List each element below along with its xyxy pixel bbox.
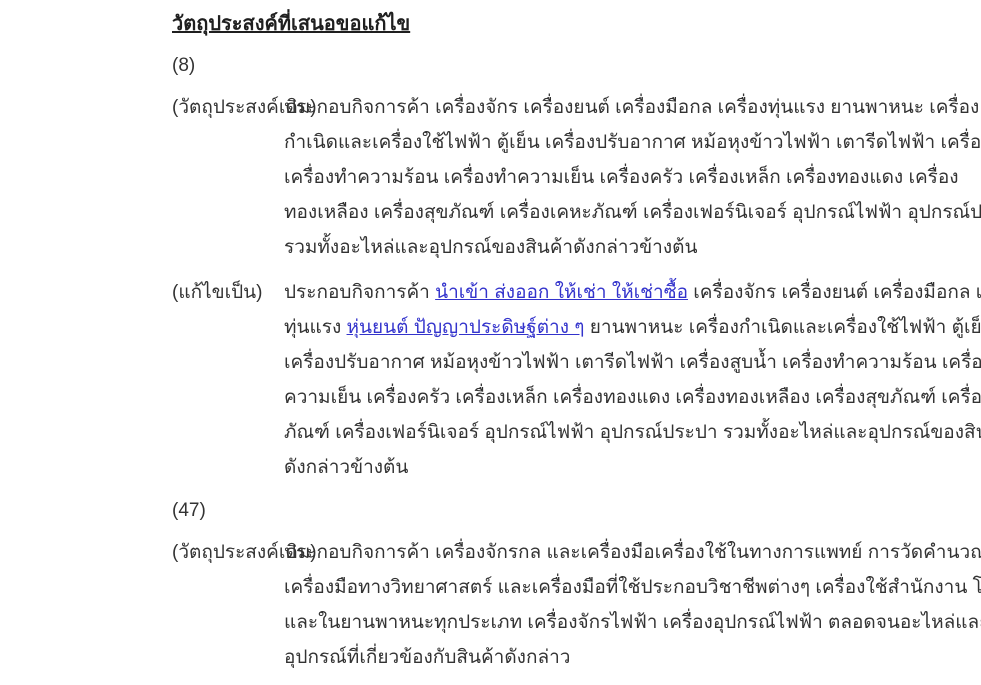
text-segment: รวมทั้งอะไหล่และอุปกรณ์ของสินค้าดังกล่าว… bbox=[284, 237, 697, 258]
text-segment: กำเนิดและเครื่องใช้ไฟฟ้า ตู้เย็น เครื่อง… bbox=[284, 132, 981, 153]
objective-block: (แก้ไขเป็น)ประกอบกิจการค้า นำเข้า ส่งออก… bbox=[172, 275, 951, 485]
text-line: ทองเหลือง เครื่องสุขภัณฑ์ เครื่องเคหะภัณ… bbox=[284, 195, 981, 230]
text-line: ประกอบกิจการค้า เครื่องจักร เครื่องยนต์ … bbox=[284, 90, 981, 125]
block-label: (วัตถุประสงค์เดิม) bbox=[172, 535, 284, 570]
text-line: ดังกล่าวข้างต้น bbox=[284, 450, 981, 485]
objective-block: (วัตถุประสงค์เดิม)ประกอบกิจการค้า เครื่อ… bbox=[172, 90, 951, 265]
section-number: (47) bbox=[172, 497, 951, 524]
block-label: (วัตถุประสงค์เดิม) bbox=[172, 90, 284, 125]
text-line: ประกอบกิจการค้า เครื่องจักรกล และเครื่อง… bbox=[284, 535, 981, 570]
text-segment: ประกอบกิจการค้า เครื่องจักร เครื่องยนต์ … bbox=[284, 97, 979, 118]
block-text: ประกอบกิจการค้า เครื่องจักรกล และเครื่อง… bbox=[284, 535, 981, 675]
text-line: เครื่องทำความร้อน เครื่องทำความเย็น เครื… bbox=[284, 160, 981, 195]
text-line: ทุ่นแรง หุ่นยนต์ ปัญญาประดิษฐ์ต่าง ๆ ยาน… bbox=[284, 310, 981, 345]
text-line: เครื่องปรับอากาศ หม้อหุงข้าวไฟฟ้า เตารีด… bbox=[284, 345, 981, 380]
text-segment: เครื่องมือทางวิทยาศาสตร์ และเครื่องมือที… bbox=[284, 577, 981, 598]
text-segment: ทองเหลือง เครื่องสุขภัณฑ์ เครื่องเคหะภัณ… bbox=[284, 202, 981, 223]
text-line: อุปกรณ์ที่เกี่ยวข้องกับสินค้าดังกล่าว bbox=[284, 640, 981, 675]
text-segment: อุปกรณ์ที่เกี่ยวข้องกับสินค้าดังกล่าว bbox=[284, 647, 570, 668]
text-segment: เครื่องจักร เครื่องยนต์ เครื่องมือกล เคร… bbox=[688, 282, 981, 303]
block-text: ประกอบกิจการค้า เครื่องจักร เครื่องยนต์ … bbox=[284, 90, 981, 265]
text-segment: และในยานพาหนะทุกประเภท เครื่องจักรไฟฟ้า … bbox=[284, 612, 981, 633]
text-line: รวมทั้งอะไหล่และอุปกรณ์ของสินค้าดังกล่าว… bbox=[284, 230, 981, 265]
objective-block: (วัตถุประสงค์เดิม)ประกอบกิจการค้า เครื่อ… bbox=[172, 535, 951, 675]
text-line: ภัณฑ์ เครื่องเฟอร์นิเจอร์ อุปกรณ์ไฟฟ้า อ… bbox=[284, 415, 981, 450]
text-segment: ดังกล่าวข้างต้น bbox=[284, 457, 408, 478]
section-number: (8) bbox=[172, 52, 951, 79]
text-line: และในยานพาหนะทุกประเภท เครื่องจักรไฟฟ้า … bbox=[284, 605, 981, 640]
objective-section: (8)(วัตถุประสงค์เดิม)ประกอบกิจการค้า เคร… bbox=[172, 52, 951, 485]
text-line: ประกอบกิจการค้า นำเข้า ส่งออก ให้เช่า ให… bbox=[284, 275, 981, 310]
inserted-text: หุ่นยนต์ ปัญญาประดิษฐ์ต่าง ๆ bbox=[347, 317, 585, 338]
objective-section: (47)(วัตถุประสงค์เดิม)ประกอบกิจการค้า เค… bbox=[172, 497, 951, 675]
text-segment: ความเย็น เครื่องครัว เครื่องเหล็ก เครื่อ… bbox=[284, 387, 981, 408]
text-segment: ยานพาหนะ เครื่องกำเนิดและเครื่องใช้ไฟฟ้า… bbox=[584, 317, 981, 338]
inserted-text: นำเข้า ส่งออก ให้เช่า ให้เช่าซื้อ bbox=[435, 282, 688, 303]
text-segment: ประกอบกิจการค้า เครื่องจักรกล และเครื่อง… bbox=[284, 542, 981, 563]
text-segment: ภัณฑ์ เครื่องเฟอร์นิเจอร์ อุปกรณ์ไฟฟ้า อ… bbox=[284, 422, 981, 443]
text-segment: เครื่องปรับอากาศ หม้อหุงข้าวไฟฟ้า เตารีด… bbox=[284, 352, 981, 373]
text-line: ความเย็น เครื่องครัว เครื่องเหล็ก เครื่อ… bbox=[284, 380, 981, 415]
page-title: วัตถุประสงค์ที่เสนอขอแก้ไข bbox=[172, 10, 410, 38]
block-text: ประกอบกิจการค้า นำเข้า ส่งออก ให้เช่า ให… bbox=[284, 275, 981, 485]
text-line: กำเนิดและเครื่องใช้ไฟฟ้า ตู้เย็น เครื่อง… bbox=[284, 125, 981, 160]
block-label: (แก้ไขเป็น) bbox=[172, 275, 284, 310]
document-page: วัตถุประสงค์ที่เสนอขอแก้ไข (8)(วัตถุประส… bbox=[0, 0, 981, 675]
text-segment: ทุ่นแรง bbox=[284, 317, 347, 338]
sections-container: (8)(วัตถุประสงค์เดิม)ประกอบกิจการค้า เคร… bbox=[172, 52, 951, 675]
text-segment: ประกอบกิจการค้า bbox=[284, 282, 435, 303]
text-line: เครื่องมือทางวิทยาศาสตร์ และเครื่องมือที… bbox=[284, 570, 981, 605]
text-segment: เครื่องทำความร้อน เครื่องทำความเย็น เครื… bbox=[284, 167, 959, 188]
